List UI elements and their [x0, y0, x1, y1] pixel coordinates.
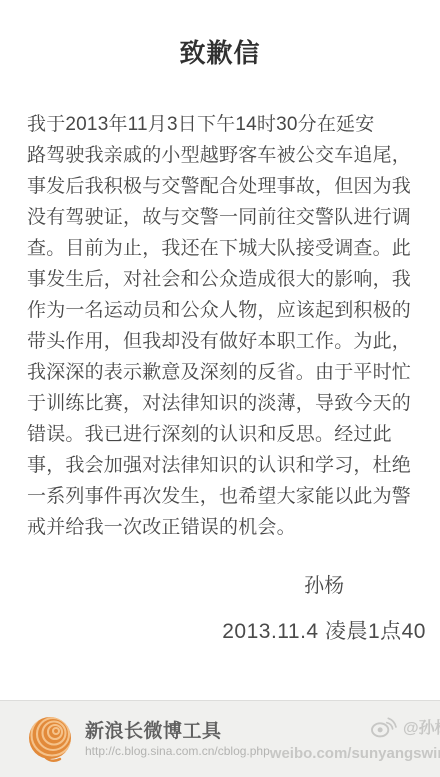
- letter-line: 错误。我已进行深刻的认识和反思。经过此: [27, 419, 413, 450]
- letter-line: 带头作用，但我却没有做好本职工作。为此，: [27, 326, 413, 357]
- letter-line: 事，我会加强对法律知识的认识和学习，杜绝: [27, 450, 413, 481]
- letter-line: 作为一名运动员和公众人物，应该起到积极的: [27, 295, 413, 326]
- weibo-url: weibo.com/sunyangswim: [270, 744, 440, 763]
- weibo-handle: @孙杨: [403, 719, 440, 739]
- letter-line: 没有驾驶证，故与交警一同前往交警队进行调: [27, 202, 413, 233]
- letter-body: 我于2013年11月3日下午14时30分在延安 路驾驶我亲戚的小型越野客车被公交…: [0, 109, 440, 543]
- letter-line: 一系列事件再次发生，也希望大家能以此为警: [27, 481, 413, 512]
- apology-letter: 致歉信 我于2013年11月3日下午14时30分在延安 路驾驶我亲戚的小型越野客…: [0, 0, 440, 645]
- letter-line: 戒并给我一次改正错误的机会。: [27, 512, 413, 543]
- signature-date: 2013.11.4 凌晨1点40: [222, 619, 426, 645]
- letter-line: 事发后我积极与交警配合处理事故，但因为我: [27, 171, 413, 202]
- signature-name: 孙杨: [222, 573, 426, 599]
- footer-bar: 新浪长微博工具 http://c.blog.sina.com.cn/cblog.…: [0, 700, 440, 777]
- letter-line: 事发生后，对社会和公众造成很大的影响，我: [27, 264, 413, 295]
- letter-line: 我深深的表示歉意及深刻的反省。由于平时忙: [27, 357, 413, 388]
- sina-blog-logo-icon: [26, 715, 75, 764]
- weibo-eye-icon: [370, 715, 397, 743]
- tool-text-block: 新浪长微博工具 http://c.blog.sina.com.cn/cblog.…: [85, 720, 270, 759]
- letter-line: 于训练比赛，对法律知识的淡薄，导致今天的: [27, 388, 413, 419]
- tool-name: 新浪长微博工具: [85, 720, 270, 743]
- letter-line: 路驾驶我亲戚的小型越野客车被公交车追尾，: [27, 140, 413, 171]
- weibo-watermark: @孙杨 weibo.com/sunyangswim: [270, 715, 440, 763]
- letter-line: 查。目前为止，我还在下城大队接受调查。此: [27, 233, 413, 264]
- letter-title: 致歉信: [0, 37, 440, 69]
- long-weibo-image: 致歉信 我于2013年11月3日下午14时30分在延安 路驾驶我亲戚的小型越野客…: [0, 0, 440, 777]
- signature-block: 孙杨 2013.11.4 凌晨1点40: [222, 573, 426, 645]
- letter-line: 我于2013年11月3日下午14时30分在延安: [27, 109, 413, 140]
- footer-branding: 新浪长微博工具 http://c.blog.sina.com.cn/cblog.…: [26, 715, 270, 764]
- weibo-handle-row: @孙杨: [370, 715, 440, 743]
- tool-url: http://c.blog.sina.com.cn/cblog.php: [85, 743, 270, 759]
